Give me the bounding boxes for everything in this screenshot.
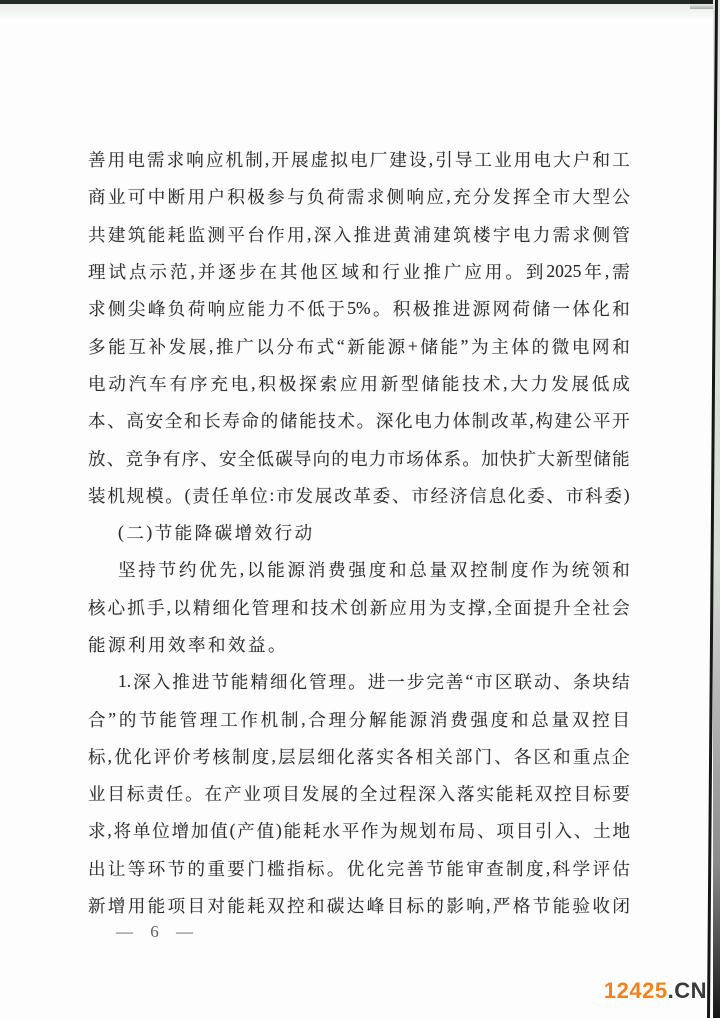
text-line: 本、高安全和长寿命的储能技术。深化电力体制改革,构建公平开 — [88, 402, 630, 439]
watermark-tld: .CN — [668, 978, 707, 1003]
text-line: (二)节能降碳增效行动 — [88, 514, 630, 551]
text-line: 合”的节能管理工作机制,合理分解能源消费强度和总量双控目 — [88, 700, 630, 737]
text-line: 求侧尖峰负荷响应能力不低于5%。积极推进源网荷储一体化和 — [88, 290, 630, 327]
text-line: 商业可中断用户积极参与负荷需求侧响应,充分发挥全市大型公 — [88, 178, 630, 215]
text-line: 理试点示范,并逐步在其他区域和行业推广应用。到2025年,需 — [88, 253, 630, 290]
watermark: 12425.CN — [604, 978, 707, 1004]
text-line: 能源利用效率和效益。 — [88, 626, 630, 663]
text-line: 装机规模。(责任单位:市发展改革委、市经济信息化委、市科委) — [88, 477, 630, 514]
text-line: 业目标责任。在产业项目发展的全过程深入落实能耗双控目标要 — [88, 775, 630, 812]
text-line: 善用电需求响应机制,开展虚拟电厂建设,引导工业用电大户和工 — [88, 141, 630, 178]
text-line: 求,将单位增加值(产值)能耗水平作为规划布局、项目引入、土地 — [88, 812, 630, 849]
text-line: 新增用能项目对能耗双控和碳达峰目标的影响,严格节能验收闭 — [88, 887, 630, 924]
text-line: 电动汽车有序充电,积极探索应用新型储能技术,大力发展低成 — [88, 365, 630, 402]
page-number: — 6 — — [116, 922, 195, 942]
text-line: 出让等环节的重要门槛指标。优化完善节能审查制度,科学评估 — [88, 850, 630, 887]
text-line: 标,优化评价考核制度,层层细化落实各相关部门、各区和重点企 — [88, 738, 630, 775]
text-line: 核心抓手,以精细化管理和技术创新应用为支撑,全面提升全社会 — [88, 589, 630, 626]
text-line: 多能互补发展,推广以分布式“新能源+储能”为主体的微电网和 — [88, 327, 630, 364]
scan-top-shade — [0, 4, 720, 20]
watermark-site: 12425 — [604, 978, 668, 1003]
text-line: 坚持节约优先,以能源消费强度和总量双控制度作为统领和 — [88, 551, 630, 588]
text-line: 共建筑能耗监测平台作用,深入推进黄浦建筑楼宇电力需求侧管 — [88, 216, 630, 253]
document-text: 善用电需求响应机制,开展虚拟电厂建设,引导工业用电大户和工商业可中断用户积极参与… — [88, 141, 630, 924]
text-line: 放、竞争有序、安全低碳导向的电力市场体系。加快扩大新型储能 — [88, 439, 630, 476]
text-line: 1.深入推进节能精细化管理。进一步完善“市区联动、条块结 — [88, 663, 630, 700]
